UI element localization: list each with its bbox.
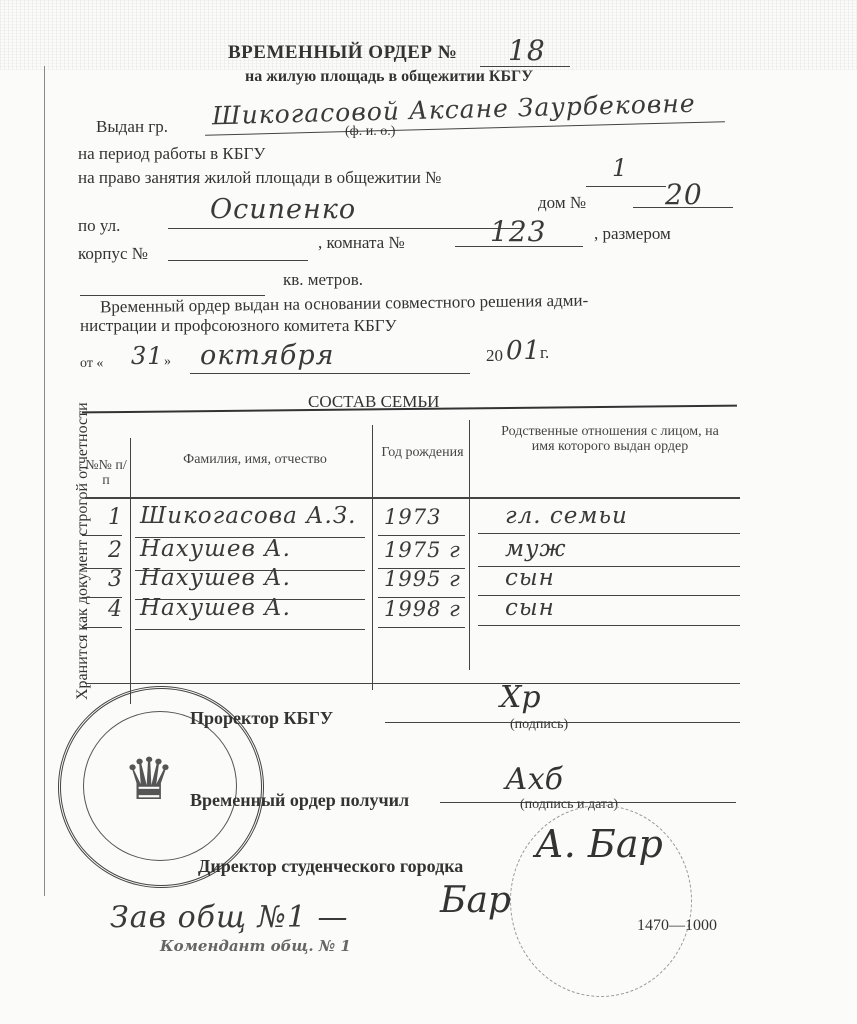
family-row-rule: [135, 629, 365, 630]
date-year-prefix: 20: [486, 346, 503, 366]
family-row-relation: муж: [505, 536, 567, 562]
director-label: Директор студенческого городка: [198, 856, 463, 877]
family-row-year: 1998 г: [384, 597, 461, 621]
issued-to-label: Выдан гр.: [96, 117, 168, 137]
family-row-year: 1995 г: [384, 567, 461, 591]
family-row-num: 2: [108, 538, 123, 563]
family-row-num: 1: [108, 505, 123, 530]
family-row-name: Шикогасова А.З.: [140, 503, 357, 529]
family-row-num: 3: [108, 567, 123, 592]
street-value: Осипенко: [210, 194, 356, 225]
fio-hint: (ф. и. о.): [345, 124, 395, 140]
house-value: 20: [665, 178, 703, 211]
street-label: по ул.: [78, 216, 120, 236]
dormitory-line: [586, 186, 666, 187]
table-col-divider: [469, 420, 470, 670]
col-header-relation: Родственные отношения с лицом, на имя ко…: [490, 424, 730, 454]
date-prefix: от «: [80, 356, 103, 372]
family-row-rule: [378, 535, 465, 536]
family-row-relation: гл. семьи: [505, 503, 628, 529]
family-row-rule: [82, 535, 122, 536]
table-bottom-rule: [85, 683, 740, 684]
date-year-suffix: 01: [506, 336, 541, 366]
col-header-year: Год рождения: [380, 445, 465, 460]
received-label: Временный ордер получил: [190, 790, 409, 811]
family-row-relation: сын: [505, 595, 555, 621]
period-text: на период работы в КБГУ: [78, 144, 265, 164]
margin-rule: [44, 66, 45, 896]
family-row-num: 4: [108, 597, 123, 622]
family-row-rule: [478, 625, 740, 626]
table-col-divider: [372, 425, 373, 690]
family-row-name: Нахушев А.: [140, 565, 291, 591]
col-header-num: №№ п/п: [82, 458, 130, 488]
table-header-rule: [85, 497, 740, 499]
basis-line-2: нистрации и профсоюзного комитета КБГУ: [80, 316, 397, 336]
family-row-rule: [82, 627, 122, 628]
sqm-label: кв. метров.: [283, 270, 363, 290]
room-label: , комната №: [318, 233, 405, 253]
order-number: 18: [508, 34, 546, 67]
print-code: 1470—1000: [637, 917, 717, 935]
family-row-year: 1973: [384, 505, 441, 529]
family-row-rule: [378, 627, 465, 628]
family-row-name: Нахушев А.: [140, 595, 291, 621]
size-label: , размером: [594, 224, 671, 244]
date-month: октября: [200, 340, 335, 371]
right-text: на право занятия жилой площади в общежит…: [78, 168, 441, 188]
street-line: [168, 228, 523, 229]
family-row-name: Нахушев А.: [140, 536, 291, 562]
date-suffix: г.: [540, 343, 549, 363]
side-note: Хранится как документ строгой отчетности: [74, 402, 92, 700]
received-signature: Ахб: [505, 762, 563, 797]
prorector-label: Проректор КБГУ: [190, 708, 333, 729]
building-line: [168, 260, 308, 261]
room-value: 123: [490, 215, 546, 248]
prorector-hint: (подпись): [510, 717, 568, 733]
building-label: корпус №: [78, 244, 148, 264]
zav-signature: Бар: [440, 880, 511, 921]
document-title: ВРЕМЕННЫЙ ОРДЕР №: [228, 42, 457, 64]
document-subtitle: на жилую площадь в общежитии КБГУ: [245, 68, 533, 86]
zav-handwritten: Зав общ №1 —: [110, 900, 349, 935]
house-label: дом №: [538, 193, 586, 213]
date-mid: »: [164, 354, 171, 370]
date-day: 31: [131, 342, 164, 370]
commandant-stamp: Комендант общ. № 1: [160, 937, 351, 955]
dormitory-number: 1: [612, 154, 628, 182]
director-signature: А. Бар: [535, 822, 663, 866]
family-row-relation: сын: [505, 565, 555, 591]
prorector-signature: Хр: [500, 680, 541, 715]
family-row-year: 1975 г: [384, 538, 461, 562]
table-col-divider: [130, 438, 131, 704]
col-header-name: Фамилия, имя, отчество: [150, 452, 360, 467]
eagle-emblem-icon: ♛: [123, 745, 175, 813]
family-row-rule: [478, 533, 740, 534]
date-month-line: [190, 373, 470, 374]
